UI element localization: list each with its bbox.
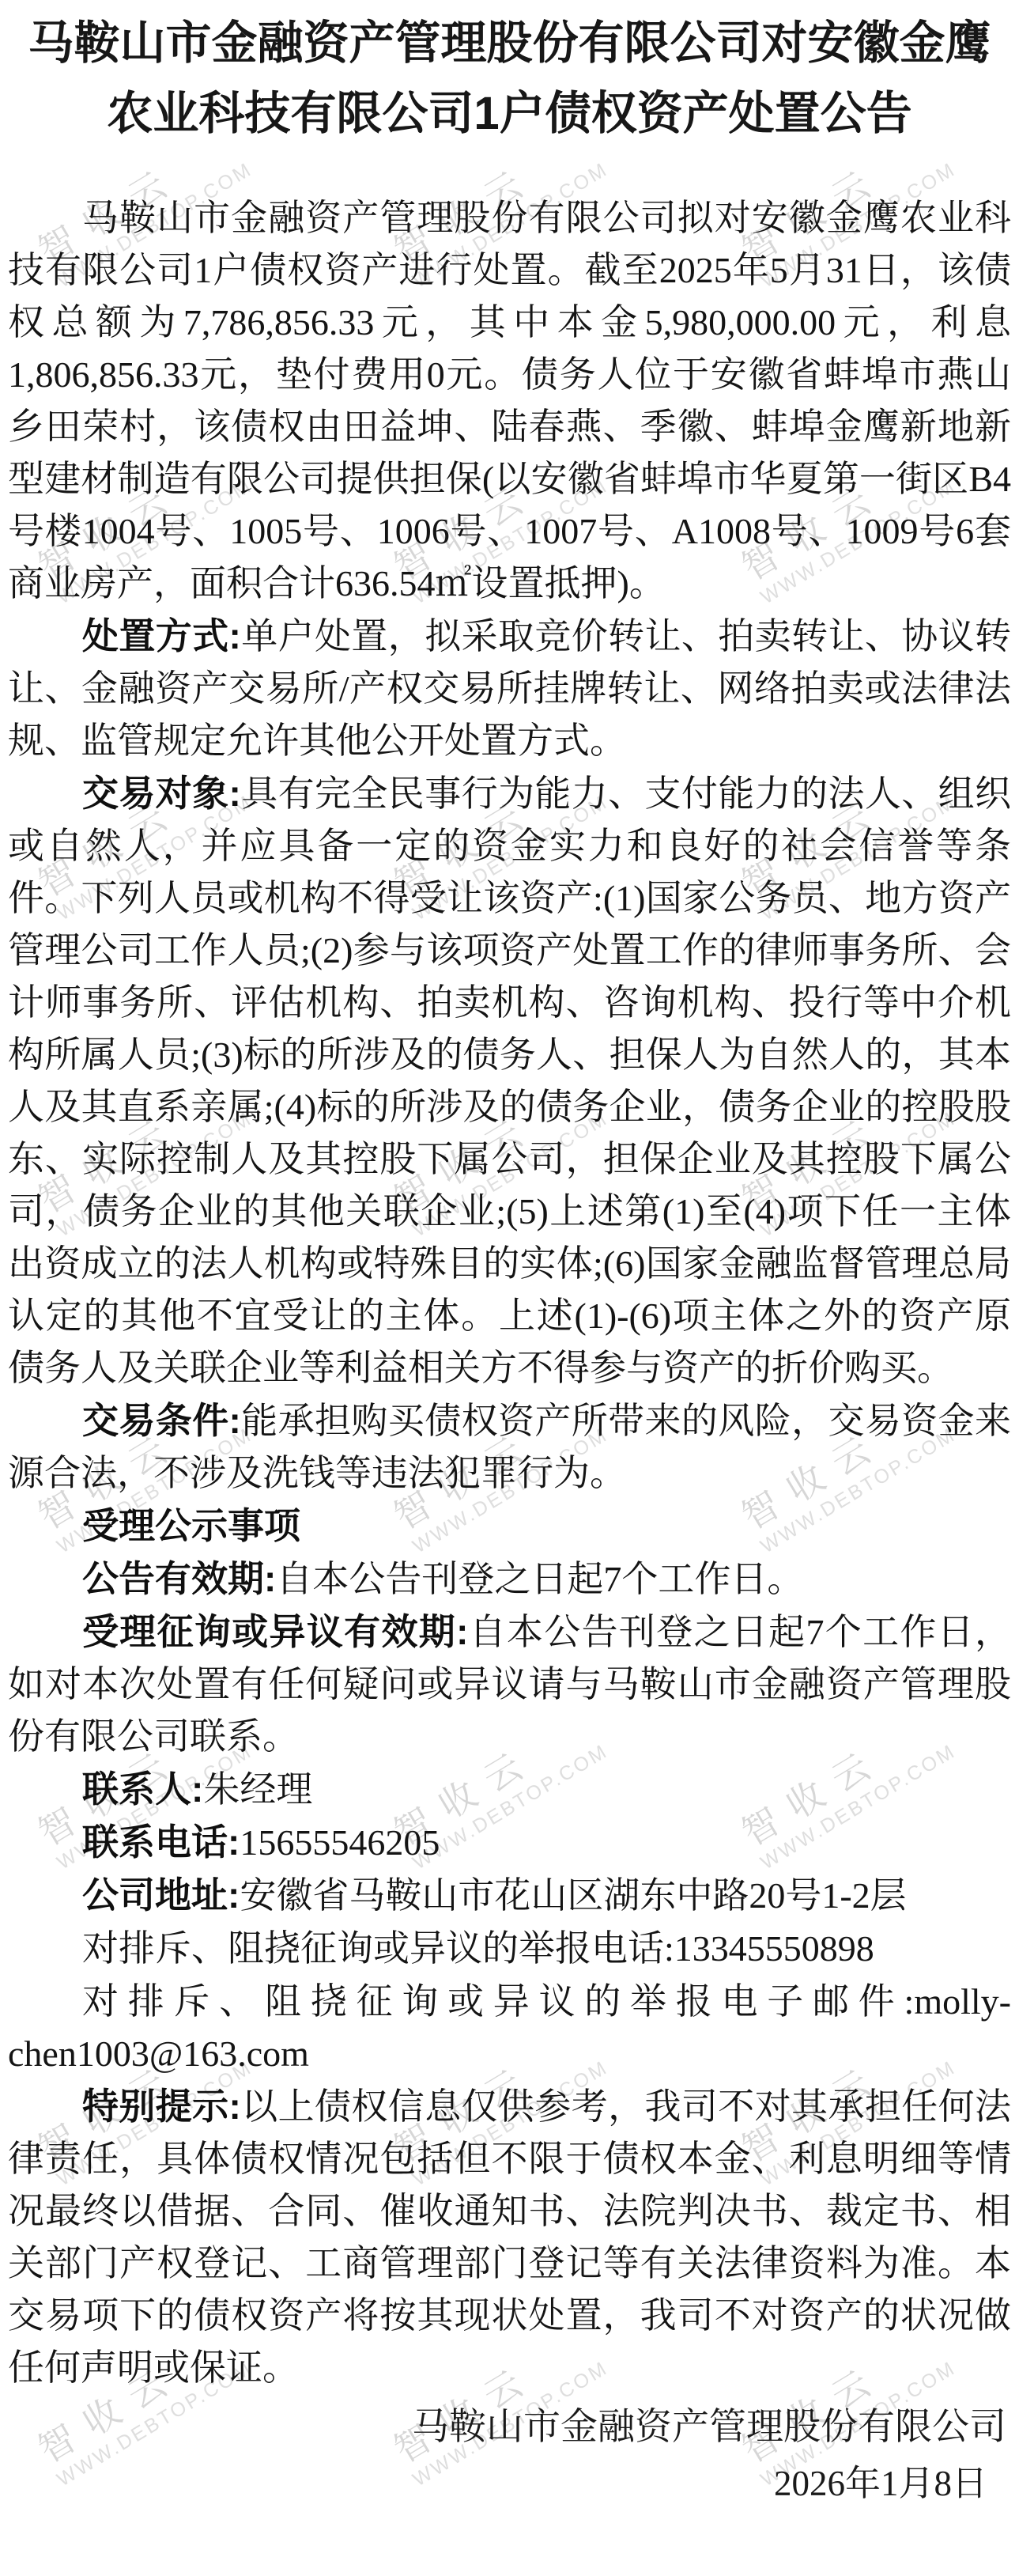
signature-company: 马鞍山市金融资产管理股份有限公司: [8, 2399, 1011, 2456]
para-announcement-validity: 公告有效期:自本公告刊登之日起7个工作日。: [8, 1553, 1011, 1606]
para-company-address: 公司地址:安徽省马鞍山市花山区湖东中路20号1-2层: [8, 1869, 1011, 1922]
para-announcement-validity-text: 自本公告刊登之日起7个工作日。: [276, 1559, 803, 1599]
para-transaction-targets: 交易对象:具有完全民事行为能力、支付能力的法人、组织或自然人，并应具备一定的资金…: [8, 767, 1011, 1394]
para-contact-person: 联系人:朱经理: [8, 1763, 1011, 1816]
para-disposal-method-label: 处置方式:: [82, 615, 241, 656]
para-contact-person-text: 朱经理: [203, 1769, 312, 1810]
para-contact-phone-text: 15655546205: [240, 1822, 440, 1863]
para-report-email: 对排斥、阻挠征询或异议的举报电子邮件:molly-chen1003@163.co…: [8, 1975, 1011, 2080]
para-special-notice-text: 以上债权信息仅供参考，我司不对其承担任何法律责任，具体债权情况包括但不限于债权本…: [8, 2086, 1011, 2388]
para-transaction-conditions: 交易条件:能承担购买债权资产所带来的风险，交易资金来源合法，不涉及洗钱等违法犯罪…: [8, 1394, 1011, 1500]
para-transaction-targets-label: 交易对象:: [82, 773, 241, 814]
para-inquiry-objection-validity: 受理征询或异议有效期:自本公告刊登之日起7个工作日，如对本次处置有任何疑问或异议…: [8, 1606, 1011, 1763]
document-content: 马鞍山市金融资产管理股份有限公司对安徽金鹰农业科技有限公司1户债权资产处置公告 …: [0, 0, 1019, 2511]
para-transaction-conditions-label: 交易条件:: [82, 1400, 241, 1441]
para-announcement-validity-label: 公告有效期:: [82, 1558, 276, 1599]
para-special-notice: 特别提示:以上债权信息仅供参考，我司不对其承担任何法律责任，具体债权情况包括但不…: [8, 2080, 1011, 2394]
para-special-notice-label: 特别提示:: [82, 2086, 241, 2127]
para-inquiry-objection-validity-label: 受理征询或异议有效期:: [82, 1611, 468, 1652]
para-report-phone-text: 对排斥、阻挠征询或异议的举报电话:13345550898: [82, 1928, 874, 1969]
para-intro: 马鞍山市金融资产管理股份有限公司拟对安徽金鹰农业科技有限公司1户债权资产进行处置…: [8, 191, 1011, 610]
section-heading-acceptance-label: 受理公示事项: [82, 1505, 300, 1546]
announcement-page: 智收云WWW.DEBTOP.COM智收云WWW.DEBTOP.COM智收云WWW…: [0, 0, 1019, 2576]
para-company-address-text: 安徽省马鞍山市花山区湖东中路20号1-2层: [240, 1875, 906, 1916]
page-title: 马鞍山市金融资产管理股份有限公司对安徽金鹰农业科技有限公司1户债权资产处置公告: [8, 8, 1011, 149]
para-intro-text: 马鞍山市金融资产管理股份有限公司拟对安徽金鹰农业科技有限公司1户债权资产进行处置…: [8, 198, 1011, 603]
para-disposal-method: 处置方式:单户处置，拟采取竞价转让、拍卖转让、协议转让、金融资产交易所/产权交易…: [8, 610, 1011, 767]
para-contact-phone: 联系电话:15655546205: [8, 1816, 1011, 1869]
para-contact-person-label: 联系人:: [82, 1768, 203, 1810]
signature-block: 马鞍山市金融资产管理股份有限公司 2026年1月8日: [8, 2399, 1011, 2511]
para-transaction-targets-text: 具有完全民事行为能力、支付能力的法人、组织或自然人，并应具备一定的资金实力和良好…: [8, 774, 1011, 1388]
section-heading-acceptance: 受理公示事项: [8, 1500, 1011, 1553]
para-contact-phone-label: 联系电话:: [82, 1821, 240, 1863]
para-company-address-label: 公司地址:: [82, 1874, 240, 1916]
signature-date: 2026年1月8日: [8, 2456, 1011, 2511]
para-report-phone: 对排斥、阻挠征询或异议的举报电话:13345550898: [8, 1922, 1011, 1975]
para-report-email-text: 对排斥、阻挠征询或异议的举报电子邮件:molly-chen1003@163.co…: [8, 1981, 1011, 2074]
